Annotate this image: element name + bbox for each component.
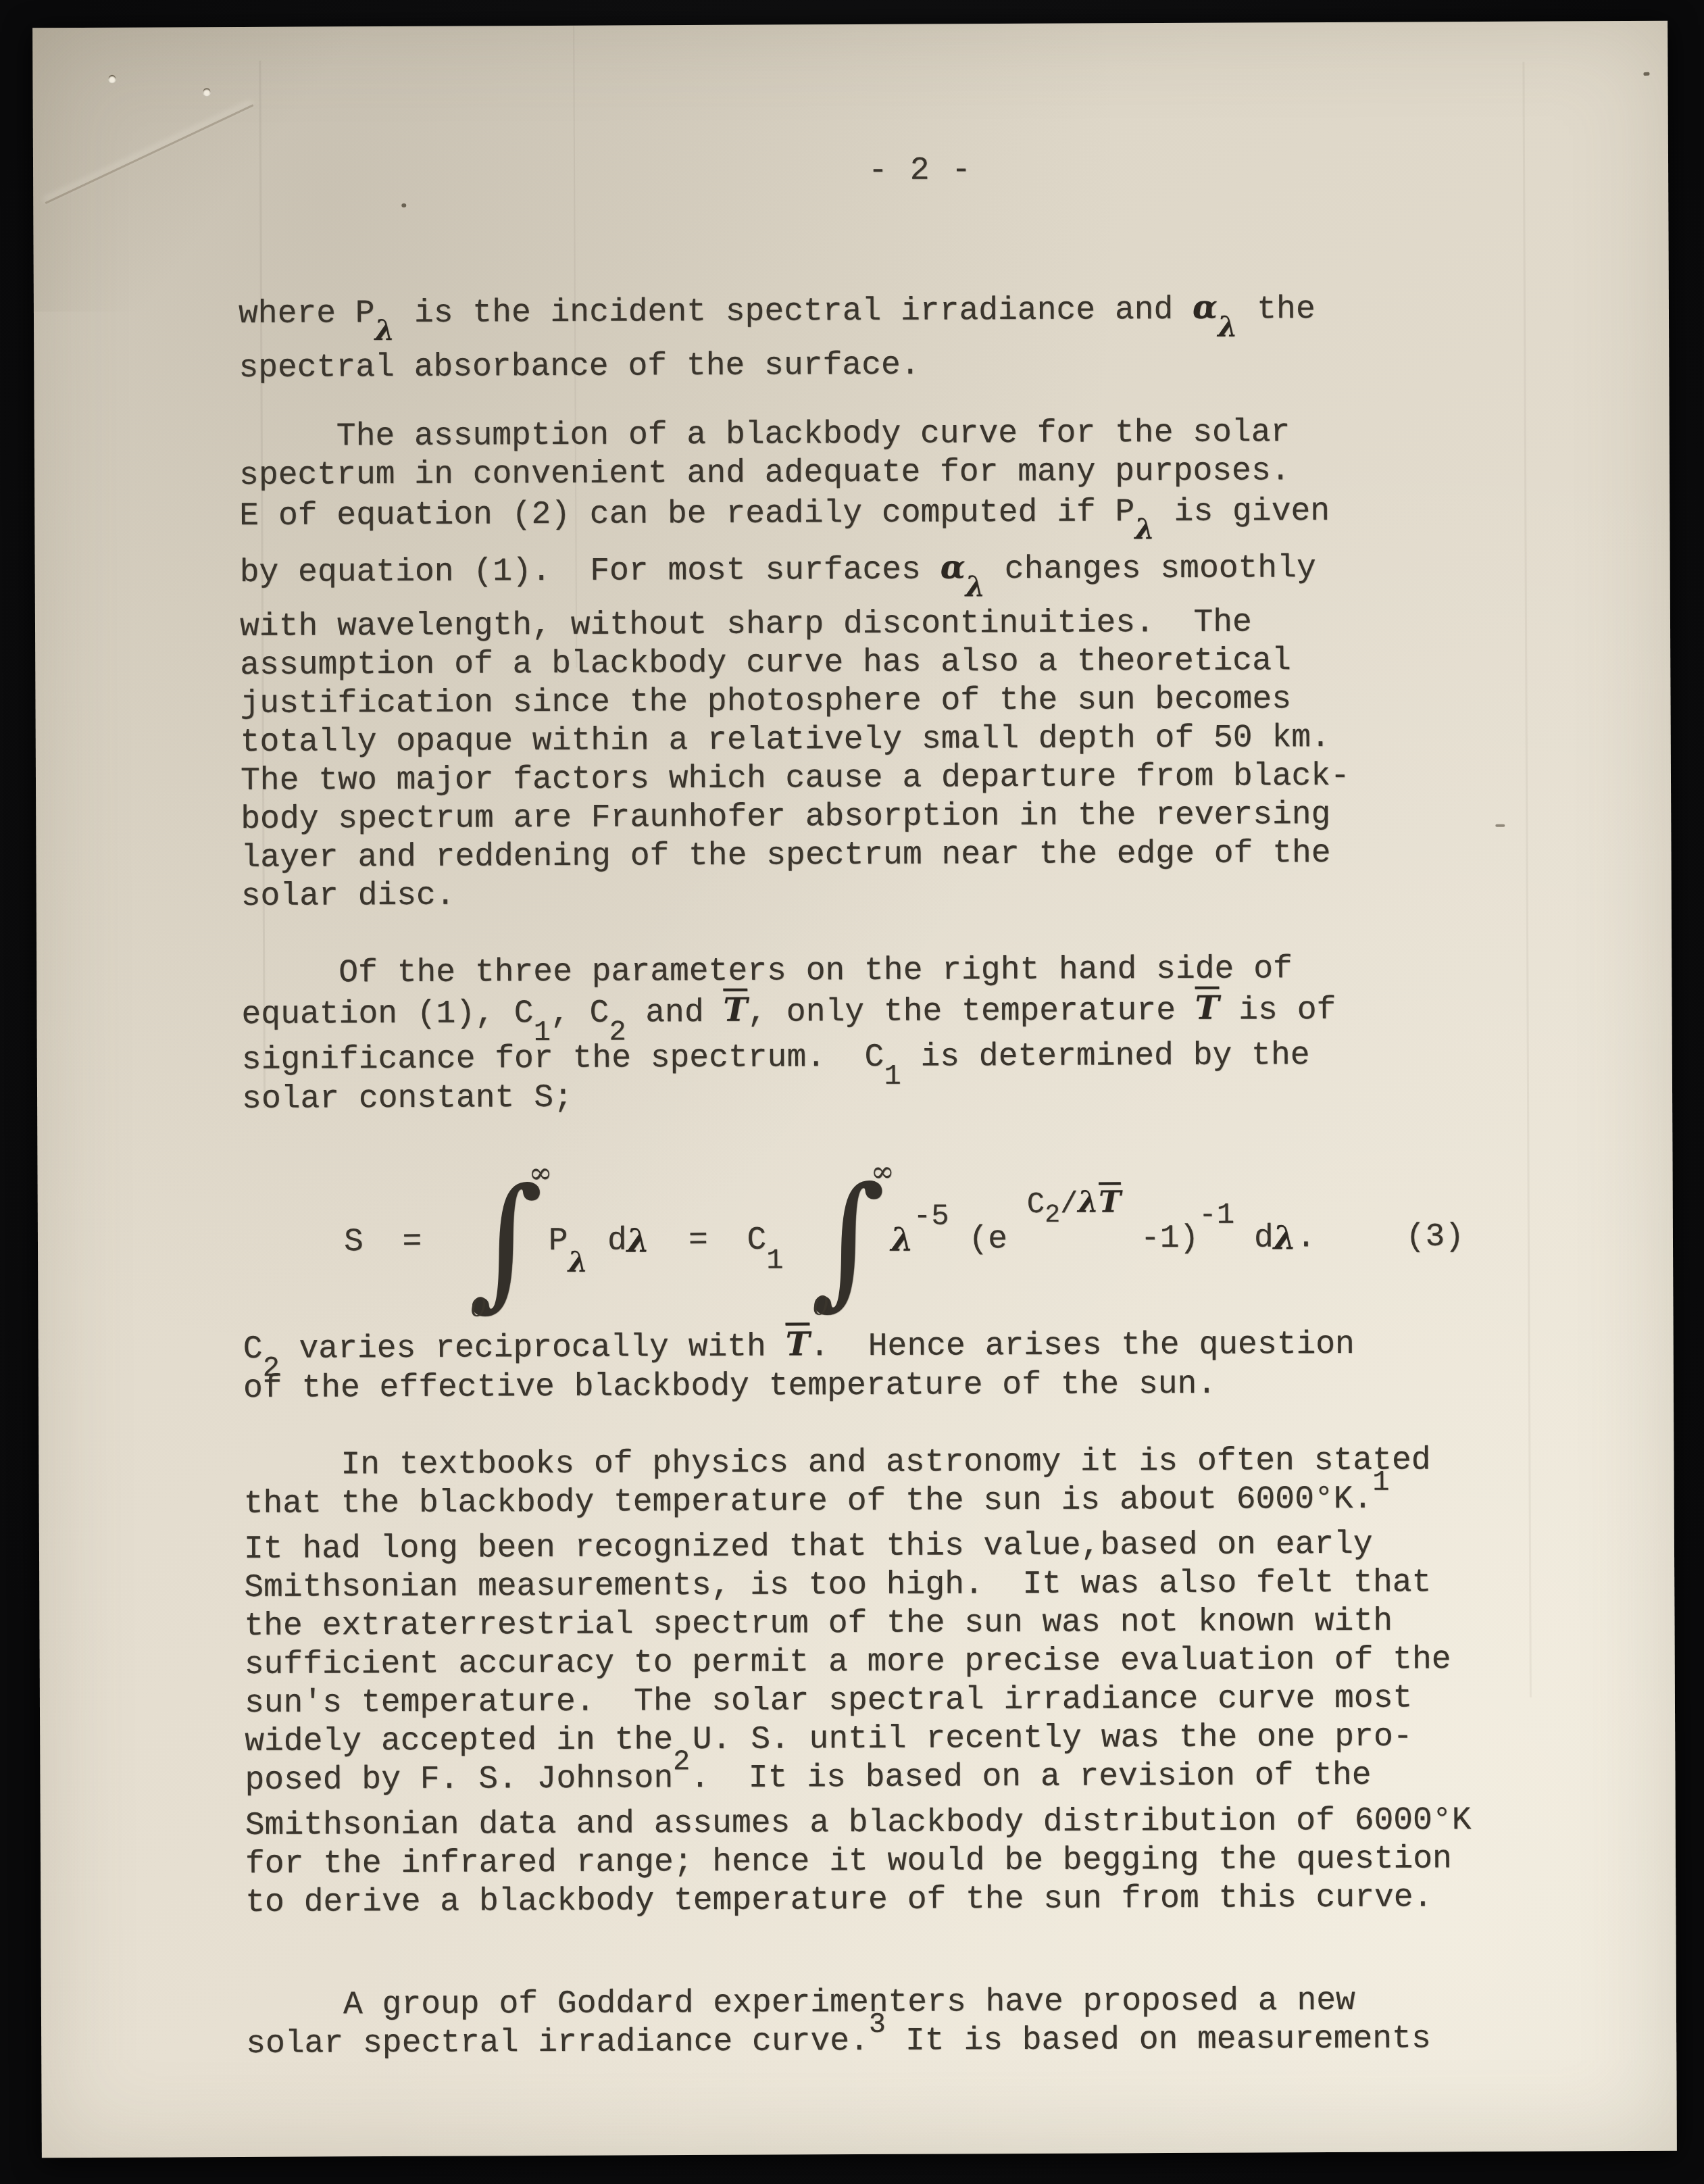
- text-token: 1: [766, 1241, 783, 1280]
- text-token: (e: [949, 1220, 1027, 1259]
- text-token: layer and reddening of the spectrum near…: [241, 835, 1330, 876]
- text-line: the extraterrestrial spectrum of the sun…: [244, 1602, 1609, 1646]
- text-line: It had long been recognized that this va…: [244, 1524, 1609, 1569]
- integral-lower-limit: 0: [812, 1287, 828, 1325]
- text-line: justification since the photosphere of t…: [240, 679, 1605, 724]
- text-token: solar constant S;: [242, 1080, 573, 1118]
- text-line: Smithsonian measurements, is too high. I…: [244, 1563, 1609, 1608]
- text-token: posed by F. S. Johnson: [245, 1760, 673, 1799]
- paper-speck: [1643, 72, 1649, 76]
- text-token: λ: [891, 1220, 913, 1259]
- text-token: = C: [649, 1221, 766, 1260]
- text-token: -1: [1199, 1196, 1234, 1235]
- text-token: 3: [869, 2008, 886, 2041]
- text-token: and: [626, 995, 723, 1032]
- text-token: 2: [263, 1352, 280, 1385]
- text-token: In textbooks of physics and astronomy it…: [243, 1442, 1430, 1484]
- paragraph-goddard: A group of Goddard experimenters have pr…: [246, 1981, 1611, 2064]
- text-token: A group of Goddard experimenters have pr…: [246, 1983, 1355, 2024]
- text-line: solar disc.: [241, 872, 1606, 916]
- integral-lower-limit: 0: [470, 1288, 486, 1326]
- text-line: solar constant S;: [242, 1074, 1607, 1119]
- text-token: sun's temperature. The solar spectral ir…: [245, 1680, 1413, 1722]
- text-token: of the effective blackbody temperature o…: [243, 1366, 1216, 1407]
- paragraph-blackbody-assumption: The assumption of a blackbody curve for …: [239, 412, 1606, 916]
- text-line: posed by F. S. Johnson2. It is based on …: [245, 1756, 1609, 1801]
- corner-crease-line: [45, 104, 254, 204]
- text-line: E of equation (2) can be readily compute…: [239, 489, 1604, 536]
- text-line: to derive a blackbody temperature of the…: [245, 1878, 1610, 1922]
- text-token: assumption of a blackbody curve has also…: [240, 643, 1291, 684]
- text-line: spectrum in convenient and adequate for …: [239, 451, 1604, 495]
- text-line: sun's temperature. The solar spectral ir…: [245, 1679, 1609, 1723]
- text-token: changes smoothly: [985, 550, 1316, 588]
- text-token: that the blackbody temperature of the su…: [244, 1481, 1373, 1522]
- text-line: A group of Goddard experimenters have pr…: [246, 1981, 1611, 2025]
- text-line: equation (1), C1, C2 and T, only the tem…: [241, 987, 1606, 1035]
- text-token: T: [723, 991, 747, 1029]
- text-line: The assumption of a blackbody curve for …: [239, 412, 1604, 457]
- text-token: T: [1099, 1185, 1121, 1219]
- text-line: layer and reddening of the spectrum near…: [241, 833, 1605, 878]
- text-token: with wavelength, without sharp discontin…: [240, 604, 1252, 645]
- text-line: with wavelength, without sharp discontin…: [240, 602, 1605, 647]
- text-line: C2 varies reciprocally with T. Hence ari…: [243, 1322, 1608, 1370]
- text-token: is of: [1219, 992, 1336, 1029]
- text-token: 1: [884, 1060, 901, 1093]
- text-token: is determined by the: [901, 1037, 1309, 1076]
- text-token: C: [243, 1331, 263, 1368]
- integral-upper-limit: ∞: [871, 1152, 895, 1191]
- text-token: d: [1234, 1219, 1274, 1258]
- pinhole: [108, 75, 116, 82]
- text-token: the: [1237, 291, 1315, 328]
- integral-glyph: ∫: [811, 1220, 886, 1258]
- text-line: body spectrum are Fraunhofer absorption …: [241, 795, 1605, 839]
- integral-upper-limit: ∞: [528, 1153, 552, 1192]
- text-token: λ: [568, 1242, 588, 1281]
- text-token: sufficient accuracy to permit a more pre…: [245, 1641, 1451, 1683]
- text-line: by equation (1). For most surfaces αλ ch…: [240, 545, 1605, 593]
- text-token: E of equation (2) can be readily compute…: [239, 494, 1134, 535]
- text-line: Of the three parameters on the right han…: [241, 949, 1606, 993]
- text-token: 2: [609, 1016, 626, 1048]
- text-line: for the infrared range; hence it would b…: [245, 1839, 1610, 1884]
- text-token: P: [549, 1222, 568, 1260]
- text-token: . Hence arises the question: [809, 1326, 1355, 1366]
- equation-number: (3): [1405, 1218, 1464, 1257]
- text-line: In textbooks of physics and astronomy it…: [243, 1441, 1608, 1485]
- text-token: The two major factors which cause a depa…: [241, 758, 1350, 799]
- text-token: 1: [1372, 1466, 1389, 1499]
- scan-background: { "page": { "number_label": "- 2 -", "co…: [0, 0, 1704, 2184]
- integral-sign: ∫∞0: [811, 1160, 871, 1320]
- text-token: It had long been recognized that this va…: [244, 1527, 1373, 1568]
- text-token: to derive a blackbody temperature of the…: [245, 1879, 1432, 1921]
- text-line: sufficient accuracy to permit a more pre…: [245, 1640, 1609, 1685]
- text-token: by equation (1). For most surfaces: [240, 551, 941, 591]
- text-token: spectral absorbance of the surface.: [239, 347, 920, 387]
- text-token: Smithsonian measurements, is too high. I…: [244, 1564, 1431, 1606]
- text-line: widely accepted in the U. S. until recen…: [245, 1717, 1609, 1762]
- page-number: - 2 -: [238, 149, 1603, 193]
- text-token: 2: [1045, 1201, 1060, 1230]
- superscript-group: C2/λT: [1027, 1183, 1122, 1225]
- paragraph-c2-varies: C2 varies reciprocally with T. Hence ari…: [243, 1322, 1609, 1408]
- text-token: . It is based on a revision of the: [690, 1758, 1371, 1797]
- text-token: is the incident spectral irradiance and: [395, 292, 1193, 332]
- text-token: , C: [551, 995, 609, 1032]
- text-token: 2: [673, 1745, 690, 1778]
- text-token: varies reciprocally with: [280, 1329, 786, 1367]
- text-token: totally opaque within a relatively small…: [241, 720, 1330, 761]
- text-line: The two major factors which cause a depa…: [241, 756, 1605, 801]
- text-token: T: [1195, 989, 1220, 1027]
- text-line: spectral absorbance of the surface.: [239, 335, 1603, 395]
- text-token: -1): [1121, 1219, 1199, 1258]
- paragraph-intro: where Pλ is the incident spectral irradi…: [239, 278, 1604, 395]
- text-token: The assumption of a blackbody curve for …: [239, 414, 1290, 455]
- document-page: - 2 - where Pλ is the incident spectral …: [32, 21, 1677, 2158]
- equation-3: S = ∫∞0Pλ dλ = C1 ∫∞0λ-5 (e C2/λT -1)-1 …: [242, 1151, 1607, 1328]
- text-token: -5: [913, 1197, 949, 1236]
- text-line: assumption of a blackbody curve has also…: [240, 641, 1605, 685]
- text-token: λ: [1134, 512, 1155, 545]
- text-token: significance for the spectrum. C: [242, 1039, 884, 1078]
- equation-expression: S = ∫∞0Pλ dλ = C1 ∫∞0λ-5 (e C2/λT -1)-1 …: [343, 1158, 1315, 1322]
- text-token: .: [1296, 1219, 1315, 1258]
- text-token: λ: [1078, 1185, 1099, 1219]
- text-token: the extraterrestrial spectrum of the sun…: [244, 1604, 1393, 1645]
- text-token: /: [1060, 1188, 1078, 1222]
- text-token: [783, 1221, 803, 1260]
- text-token: S =: [344, 1222, 461, 1262]
- paragraph-textbooks: In textbooks of physics and astronomy it…: [243, 1441, 1610, 1922]
- text-token: α: [1193, 289, 1218, 326]
- text-token: body spectrum are Fraunhofer absorption …: [241, 797, 1330, 838]
- text-token: λ: [966, 570, 986, 603]
- text-token: widely accepted in the U. S. until recen…: [245, 1718, 1413, 1760]
- pinhole: [203, 88, 211, 95]
- text-token: Of the three parameters on the right han…: [241, 951, 1293, 992]
- text-token: solar disc.: [241, 878, 455, 915]
- text-line: significance for the spectrum. C1 is det…: [242, 1035, 1607, 1081]
- text-line: that the blackbody temperature of the su…: [244, 1479, 1609, 1524]
- document-body: where Pλ is the incident spectral irradi…: [239, 278, 1611, 2064]
- text-token: is given: [1155, 493, 1330, 530]
- text-token: 1: [534, 1016, 551, 1049]
- paragraph-three-parameters: Of the three parameters on the right han…: [241, 949, 1607, 1119]
- text-line: Smithsonian data and assumes a blackbody…: [245, 1801, 1610, 1845]
- text-token: λ: [1274, 1219, 1297, 1258]
- text-token: T: [785, 1325, 809, 1363]
- text-token: It is based on measurements: [886, 2020, 1431, 2060]
- text-line: totally opaque within a relatively small…: [241, 718, 1605, 762]
- typewritten-content: - 2 - where Pλ is the incident spectral …: [238, 149, 1611, 2103]
- text-token: spectrum in convenient and adequate for …: [239, 453, 1290, 494]
- text-token: α: [940, 548, 965, 586]
- text-token: where P: [239, 295, 375, 332]
- integral-sign: ∫∞0: [468, 1162, 528, 1321]
- text-line: of the effective blackbody temperature o…: [243, 1364, 1608, 1408]
- text-token: justification since the photosphere of t…: [240, 681, 1291, 722]
- text-line: solar spectral irradiance curve.3 It is …: [246, 2019, 1611, 2064]
- text-token: λ: [1218, 310, 1238, 343]
- text-token: , only the temperature: [747, 993, 1195, 1031]
- text-token: λ: [627, 1222, 650, 1260]
- text-token: equation (1), C: [241, 995, 533, 1033]
- integral-glyph: ∫: [469, 1221, 544, 1260]
- text-token: d: [588, 1222, 627, 1260]
- text-token: C: [1027, 1188, 1045, 1222]
- text-token: Smithsonian data and assumes a blackbody…: [245, 1802, 1472, 1844]
- text-line: where Pλ is the incident spectral irradi…: [239, 278, 1603, 341]
- text-token: λ: [375, 314, 395, 347]
- text-token: for the infrared range; hence it would b…: [245, 1841, 1452, 1883]
- text-token: solar spectral irradiance curve.: [246, 2023, 869, 2062]
